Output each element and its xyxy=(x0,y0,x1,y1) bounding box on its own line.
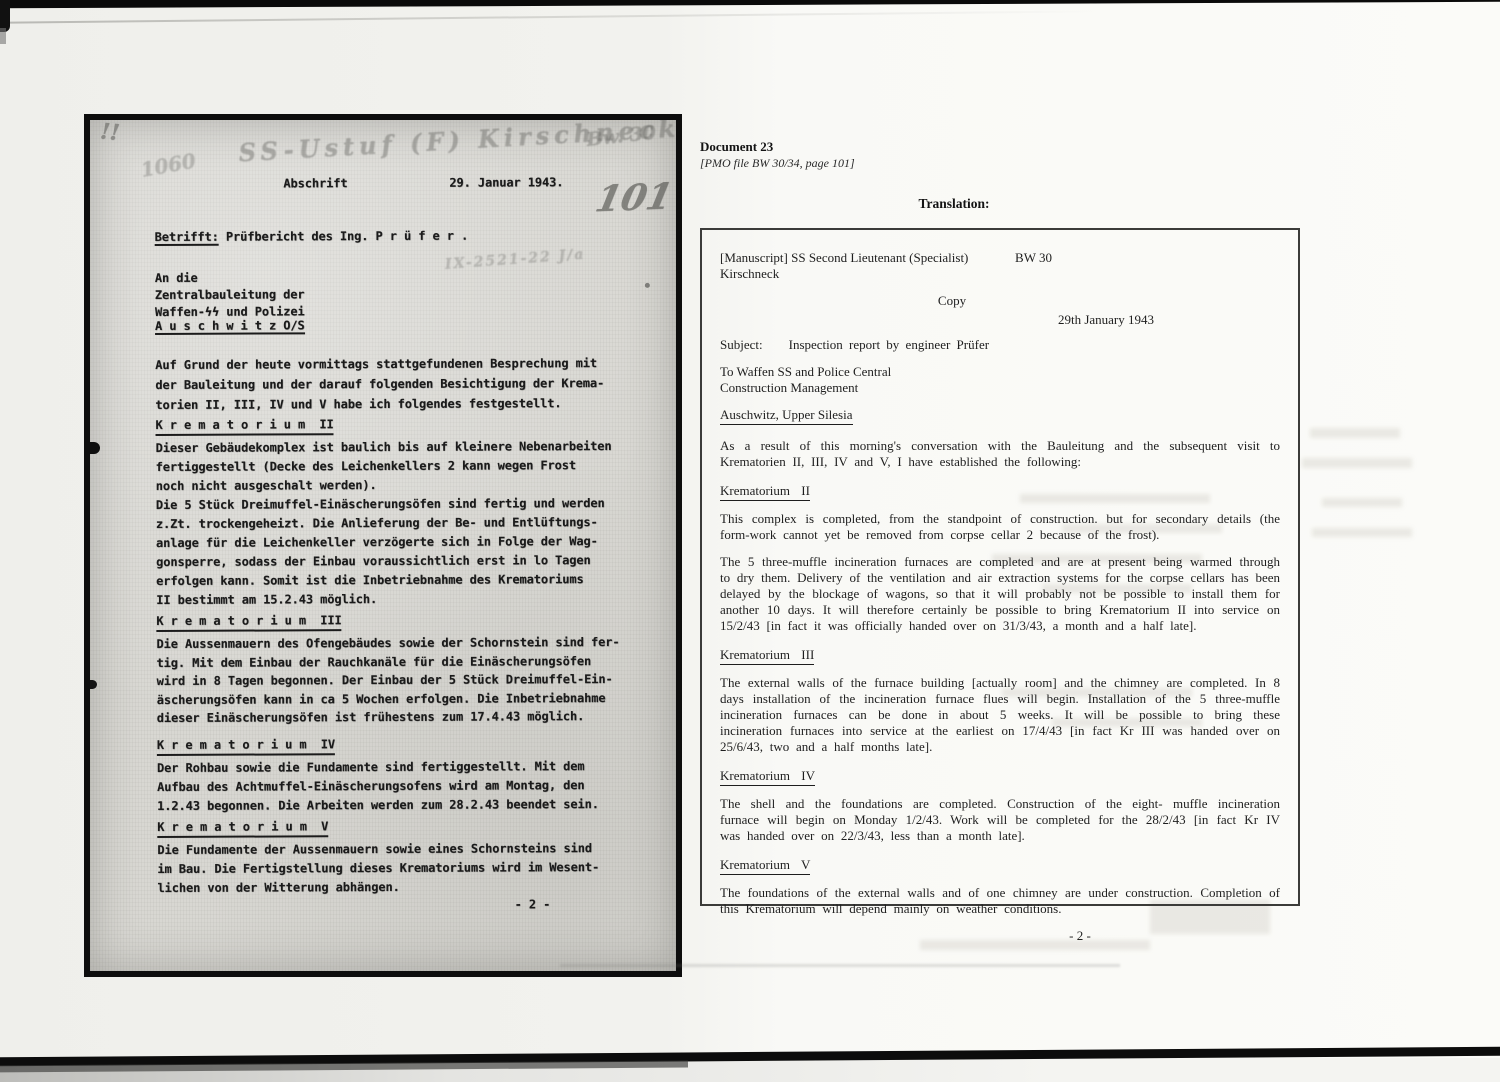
section-body: Die Aussenmauern des Ofengebäudes sowie … xyxy=(156,633,666,728)
typed-line: tig. Mit dem Einbau der Rauchkanäle für … xyxy=(156,651,666,672)
section-heading: Krematorium II xyxy=(720,483,1280,501)
translation-paragraph: This complex is completed, from the stan… xyxy=(720,511,1280,543)
typed-line: äscherungsöfen kann in ca 5 Wochen erfol… xyxy=(157,689,667,710)
document-date: 29. Januar 1943. xyxy=(449,175,563,189)
subject-line: Betrifft: Prüfbericht des Ing. P r ü f e… xyxy=(155,229,469,246)
typed-line: erfolgen kann. Somit ist die Inbetriebna… xyxy=(156,570,666,591)
pencil-number: 1060 xyxy=(139,148,198,181)
addressee-block: An dieZentralbauleitung derWaffen-ϟϟ und… xyxy=(155,269,305,321)
bleed-through-mark xyxy=(1312,528,1412,537)
bw-file-reference: BW 30 xyxy=(1015,250,1052,282)
intro-paragraph: As a result of this morning's conversati… xyxy=(720,438,1280,470)
section-heading-text: Krematorium III xyxy=(720,647,814,665)
section-heading: K r e m a t o r i u m IV xyxy=(157,736,335,756)
typed-line: Construction Management xyxy=(720,380,1280,396)
section-body: Dieser Gebäudekomplex ist baulich bis au… xyxy=(156,437,667,610)
typed-line: z.Zt. trockengeheizt. Die Anlieferung de… xyxy=(156,513,666,534)
section-krematorium-2: K r e m a t o r i u m II Dieser Gebäudek… xyxy=(155,415,666,610)
translation-paragraph: The foundations of the external walls an… xyxy=(720,885,1280,917)
pencil-reference-number: IX-2521-22 J/a xyxy=(444,246,585,272)
section-body: The external walls of the furnace buildi… xyxy=(720,675,1280,755)
section-heading: K r e m a t o r i u m V xyxy=(157,818,328,838)
typed-line: anlage für die Leichenkeller verzögerte … xyxy=(156,532,666,553)
bleed-through-mark xyxy=(1310,428,1400,438)
pencil-margin-mark: !! xyxy=(99,120,121,146)
page-number: - 2 - xyxy=(515,897,551,911)
section-heading: K r e m a t o r i u m III xyxy=(156,612,341,632)
document-source-reference: [PMO file BW 30/34, page 101] xyxy=(700,156,855,171)
typed-text-layer: !! SS-Ustuf (F) Kirschneck Bw. 30 1060 1… xyxy=(90,120,676,971)
page-number: - 2 - xyxy=(800,928,1360,944)
typed-line: Auf Grund der heute vormittags stattgefu… xyxy=(155,353,604,375)
typed-line: noch nicht ausgeschalt werden). xyxy=(156,475,666,496)
addressee-block: To Waffen SS and Police CentralConstruct… xyxy=(720,364,1280,396)
translation-section-krematorium-2: Krematorium II This complex is completed… xyxy=(720,483,1280,634)
section-heading: Krematorium III xyxy=(720,647,1280,665)
copy-label: Copy xyxy=(672,293,1232,309)
section-heading: Krematorium IV xyxy=(720,768,1280,786)
copy-label: Abschrift xyxy=(283,176,347,190)
section-krematorium-4: K r e m a t o r i u m IV Der Rohbau sowi… xyxy=(157,735,667,816)
typed-line: dieser Einäscherungsöfen ist frühestens … xyxy=(157,707,667,728)
book-page-scan: !! SS-Ustuf (F) Kirschneck Bw. 30 1060 1… xyxy=(0,0,1500,1082)
section-heading-text: Krematorium IV xyxy=(720,768,815,786)
section-body: The foundations of the external walls an… xyxy=(720,885,1280,917)
typed-line: Der Rohbau sowie die Fundamente sind fer… xyxy=(157,757,667,778)
typed-line: wird in 8 Tagen begonnen. Der Einbau der… xyxy=(157,670,667,691)
intro-paragraph: Auf Grund der heute vormittags stattgefu… xyxy=(155,353,604,415)
manuscript-row: [Manuscript] SS Second Lieutenant (Speci… xyxy=(720,250,1280,282)
section-heading: K r e m a t o r i u m II xyxy=(155,416,333,436)
typed-line: Die Fundamente der Aussenmauern sowie ei… xyxy=(157,839,667,860)
translation-paragraph: The 5 three-muffle incineration furnaces… xyxy=(720,554,1280,634)
section-body: Der Rohbau sowie die Fundamente sind fer… xyxy=(157,757,667,816)
manuscript-note: [Manuscript] SS Second Lieutenant (Speci… xyxy=(720,250,1015,282)
section-heading: Krematorium V xyxy=(720,857,1280,875)
typed-line: Die Aussenmauern des Ofengebäudes sowie … xyxy=(156,633,666,654)
photo-paper: !! SS-Ustuf (F) Kirschneck Bw. 30 1060 1… xyxy=(90,120,676,971)
bleed-through-mark xyxy=(1302,458,1412,468)
document-number-label: Document 23 xyxy=(700,139,773,155)
typed-line: An die xyxy=(155,269,305,287)
typed-line: gonsperre, sodass der Einbau voraussicht… xyxy=(156,551,666,572)
paper-crease-line xyxy=(560,964,1120,967)
section-krematorium-5: K r e m a t o r i u m V Die Fundamente d… xyxy=(157,817,667,898)
typed-line: lichen von der Witterung abhängen. xyxy=(157,877,667,898)
scan-edge-top xyxy=(0,0,1500,8)
place-line: Auschwitz, Upper Silesia xyxy=(720,407,1280,425)
translation-section-krematorium-5: Krematorium V The foundations of the ext… xyxy=(720,857,1280,917)
translation-section-krematorium-3: Krematorium III The external walls of th… xyxy=(720,647,1280,755)
translation-date: 29th January 1943 xyxy=(720,312,1280,328)
paper-speck xyxy=(645,283,650,288)
translation-paragraph: The external walls of the furnace buildi… xyxy=(720,675,1280,755)
subject-label: Subject: xyxy=(720,337,763,353)
subject-text: Inspection report by engineer Prüfer xyxy=(789,337,989,353)
subject-text: Prüfbericht des Ing. P r ü f e r . xyxy=(219,229,468,244)
typed-line: fertiggestellt (Decke des Leichenkellers… xyxy=(156,456,666,477)
typed-line: Aufbau des Achtmuffel-Einäscherungsofens… xyxy=(157,776,667,797)
section-body: Die Fundamente der Aussenmauern sowie ei… xyxy=(157,839,667,898)
typed-line: 1.2.43 begonnen. Die Arbeiten werden zum… xyxy=(157,795,667,816)
scan-left-mark xyxy=(0,28,6,44)
translation-paragraph: The shell and the foundations are comple… xyxy=(720,796,1280,844)
german-document-photo: !! SS-Ustuf (F) Kirschneck Bw. 30 1060 1… xyxy=(84,114,682,977)
section-heading-text: Krematorium II xyxy=(720,483,810,501)
typed-line: To Waffen SS and Police Central xyxy=(720,364,1280,380)
translation-heading: Translation: xyxy=(654,196,1254,212)
typed-line: torien II, III, IV und V habe ich folgen… xyxy=(155,393,604,415)
page-top-edge-line xyxy=(0,10,1100,24)
typed-line: Dieser Gebäudekomplex ist baulich bis au… xyxy=(156,437,666,458)
subject-row: Subject: Inspection report by engineer P… xyxy=(720,337,1280,353)
typed-line: der Bauleitung und der darauf folgenden … xyxy=(155,373,604,395)
translation-box: [Manuscript] SS Second Lieutenant (Speci… xyxy=(700,228,1300,906)
section-body: The shell and the foundations are comple… xyxy=(720,796,1280,844)
subject-label: Betrifft: xyxy=(155,230,219,246)
section-heading-text: Krematorium V xyxy=(720,857,810,875)
typed-line: im Bau. Die Fertigstellung dieses Kremat… xyxy=(157,858,667,879)
typed-line: II bestimmt am 15.2.43 möglich. xyxy=(156,589,666,610)
bleed-through-mark xyxy=(1322,498,1402,507)
city-underlined: A u s c h w i t z O/S xyxy=(155,318,305,335)
translation-section-krematorium-4: Krematorium IV The shell and the foundat… xyxy=(720,768,1280,844)
typed-line: Zentralbauleitung der xyxy=(155,286,305,304)
section-body: This complex is completed, from the stan… xyxy=(720,511,1280,634)
section-krematorium-3: K r e m a t o r i u m III Die Aussenmaue… xyxy=(156,611,666,728)
place-underlined: Auschwitz, Upper Silesia xyxy=(720,407,853,425)
addressee-city: A u s c h w i t z O/S xyxy=(155,318,305,335)
typed-line: Die 5 Stück Dreimuffel-Einäscherungsöfen… xyxy=(156,494,666,515)
